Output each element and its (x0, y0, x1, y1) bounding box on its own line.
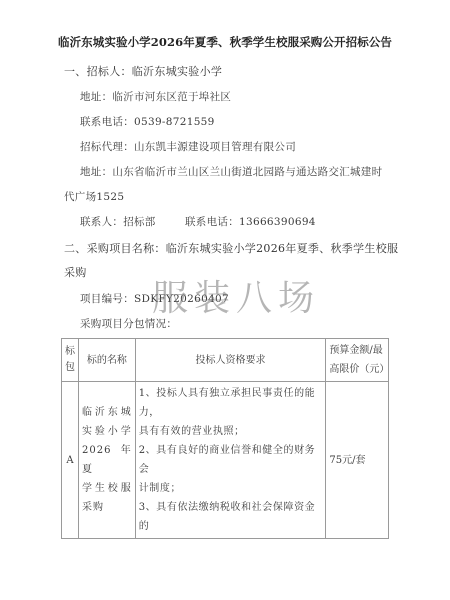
tender-agent: 招标代理：山东凯丰源建设项目管理有限公司 (80, 139, 296, 154)
table-row: A 临沂东城 实验小学 2026 年夏 学生校服 采购 1、投标人具有独立承担民… (62, 382, 389, 539)
contact-phone: 联系电话：13666390694 (185, 214, 316, 229)
document-title: 临沂东城实验小学2026年夏季、秋季学生校服采购公开招标公告 (0, 34, 450, 50)
qualification-line: 具有有效的营业执照； (139, 422, 323, 441)
cell-package: A (62, 382, 79, 539)
header-package-line2: 包 (65, 360, 75, 376)
header-budget-line2: 高限价（元） (329, 360, 385, 379)
section2-heading-line2: 采购 (64, 264, 87, 280)
document-page: 临沂东城实验小学2026年夏季、秋季学生校服采购公开招标公告 一、招标人：临沂东… (0, 0, 450, 600)
cell-budget: 75元/套 (326, 382, 389, 539)
header-package-line1: 标 (65, 344, 75, 360)
item-name-line: 学生校服 (82, 479, 132, 498)
item-name-line: 2026 年夏 (82, 441, 132, 479)
header-budget: 预算金额/最 高限价（元） (326, 339, 389, 382)
item-name-line: 采购 (82, 498, 132, 517)
section2-heading-line1: 二、采购项目名称：临沂东城实验小学2026年夏季、秋季学生校服 (64, 240, 398, 256)
section1-heading: 一、招标人：临沂东城实验小学 (64, 63, 222, 79)
header-package: 标 包 (62, 339, 79, 382)
project-number: 项目编号：SDKFY20260407 (80, 291, 229, 306)
tenderer-address: 地址：临沂市河东区范于埠社区 (80, 89, 231, 104)
contact-person: 联系人：招标部 (80, 214, 156, 229)
qualification-line: 计制度； (139, 479, 323, 498)
header-item-name: 标的名称 (79, 339, 136, 382)
qualification-line: 1、投标人具有独立承担民事责任的能力， (139, 384, 323, 422)
cell-qualification: 1、投标人具有独立承担民事责任的能力， 具有有效的营业执照； 2、具有良好的商业… (135, 382, 326, 539)
header-qualification: 投标人资格要求 (135, 339, 326, 382)
item-name-line: 实验小学 (82, 422, 132, 441)
package-intro: 采购项目分包情况： (80, 316, 177, 331)
cell-item-name: 临沂东城 实验小学 2026 年夏 学生校服 采购 (79, 382, 136, 539)
item-name-line: 临沂东城 (82, 403, 132, 422)
table-header-row: 标 包 标的名称 投标人资格要求 预算金额/最 高限价（元） (62, 339, 389, 382)
qualification-line: 3、具有依法缴纳税收和社会保障资金的 (139, 498, 323, 536)
header-budget-line1: 预算金额/最 (329, 341, 385, 360)
tenderer-phone: 联系电话：0539-8721559 (80, 114, 215, 129)
agent-address-line1: 地址：山东省临沂市兰山区兰山街道北园路与通达路交汇城建时 (80, 164, 382, 179)
package-table: 标 包 标的名称 投标人资格要求 预算金额/最 高限价（元） A 临沂东城 实验… (61, 338, 389, 539)
agent-address-line2: 代广场1525 (64, 189, 124, 204)
qualification-line: 2、具有良好的商业信誉和健全的财务会 (139, 441, 323, 479)
